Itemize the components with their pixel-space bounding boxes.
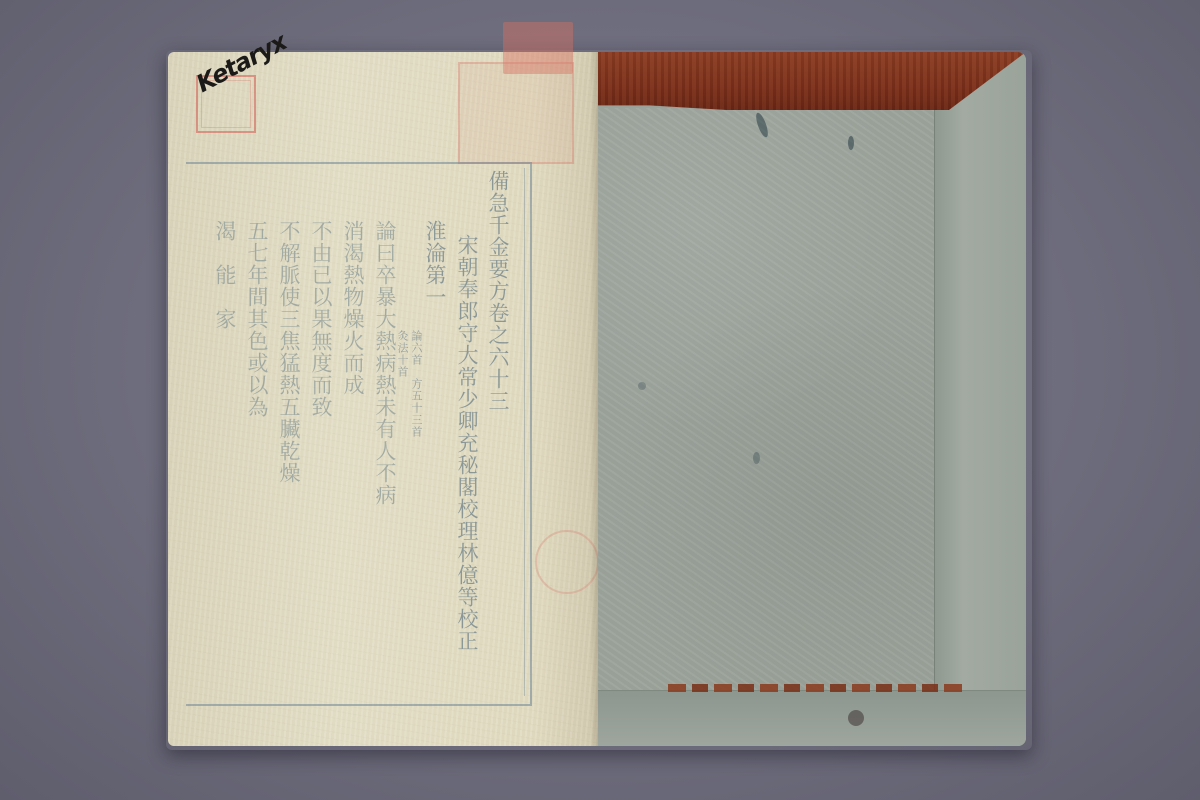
cover-paper-liner (598, 108, 938, 690)
ink-stain (638, 382, 646, 390)
cover-fold-right (934, 52, 1026, 746)
red-seal-stamp-faded (458, 62, 574, 164)
cover-fold-bottom (598, 690, 1026, 746)
book-title-column: 備急千金要方卷之六十三 (483, 170, 513, 412)
body-text-column: 渴 能 家 (210, 220, 240, 330)
tear-damage-line (668, 684, 968, 692)
body-text-column: 不解脈使三焦猛熱五臟乾燥 (274, 220, 304, 484)
body-text-column: 五七年間其色或以為 (242, 220, 272, 418)
body-text-column: 消渴熱物燥火而成 (338, 220, 368, 396)
ink-stain (753, 452, 760, 464)
body-text-column: 論曰卒暴大熱病熱未有人不病 (370, 220, 400, 506)
chapter-note-column: 論六首 方五十三首 (408, 330, 424, 438)
author-column: 宋朝奉郎守大常少卿充秘閣校理林億等校正 (452, 234, 482, 652)
chapter-heading-column: 淮淪第一 (420, 220, 450, 308)
ink-stain (848, 710, 864, 726)
ink-stain (848, 136, 854, 150)
body-text-column: 不由已以果無度而致 (306, 220, 336, 418)
right-cover-board (598, 52, 1026, 746)
